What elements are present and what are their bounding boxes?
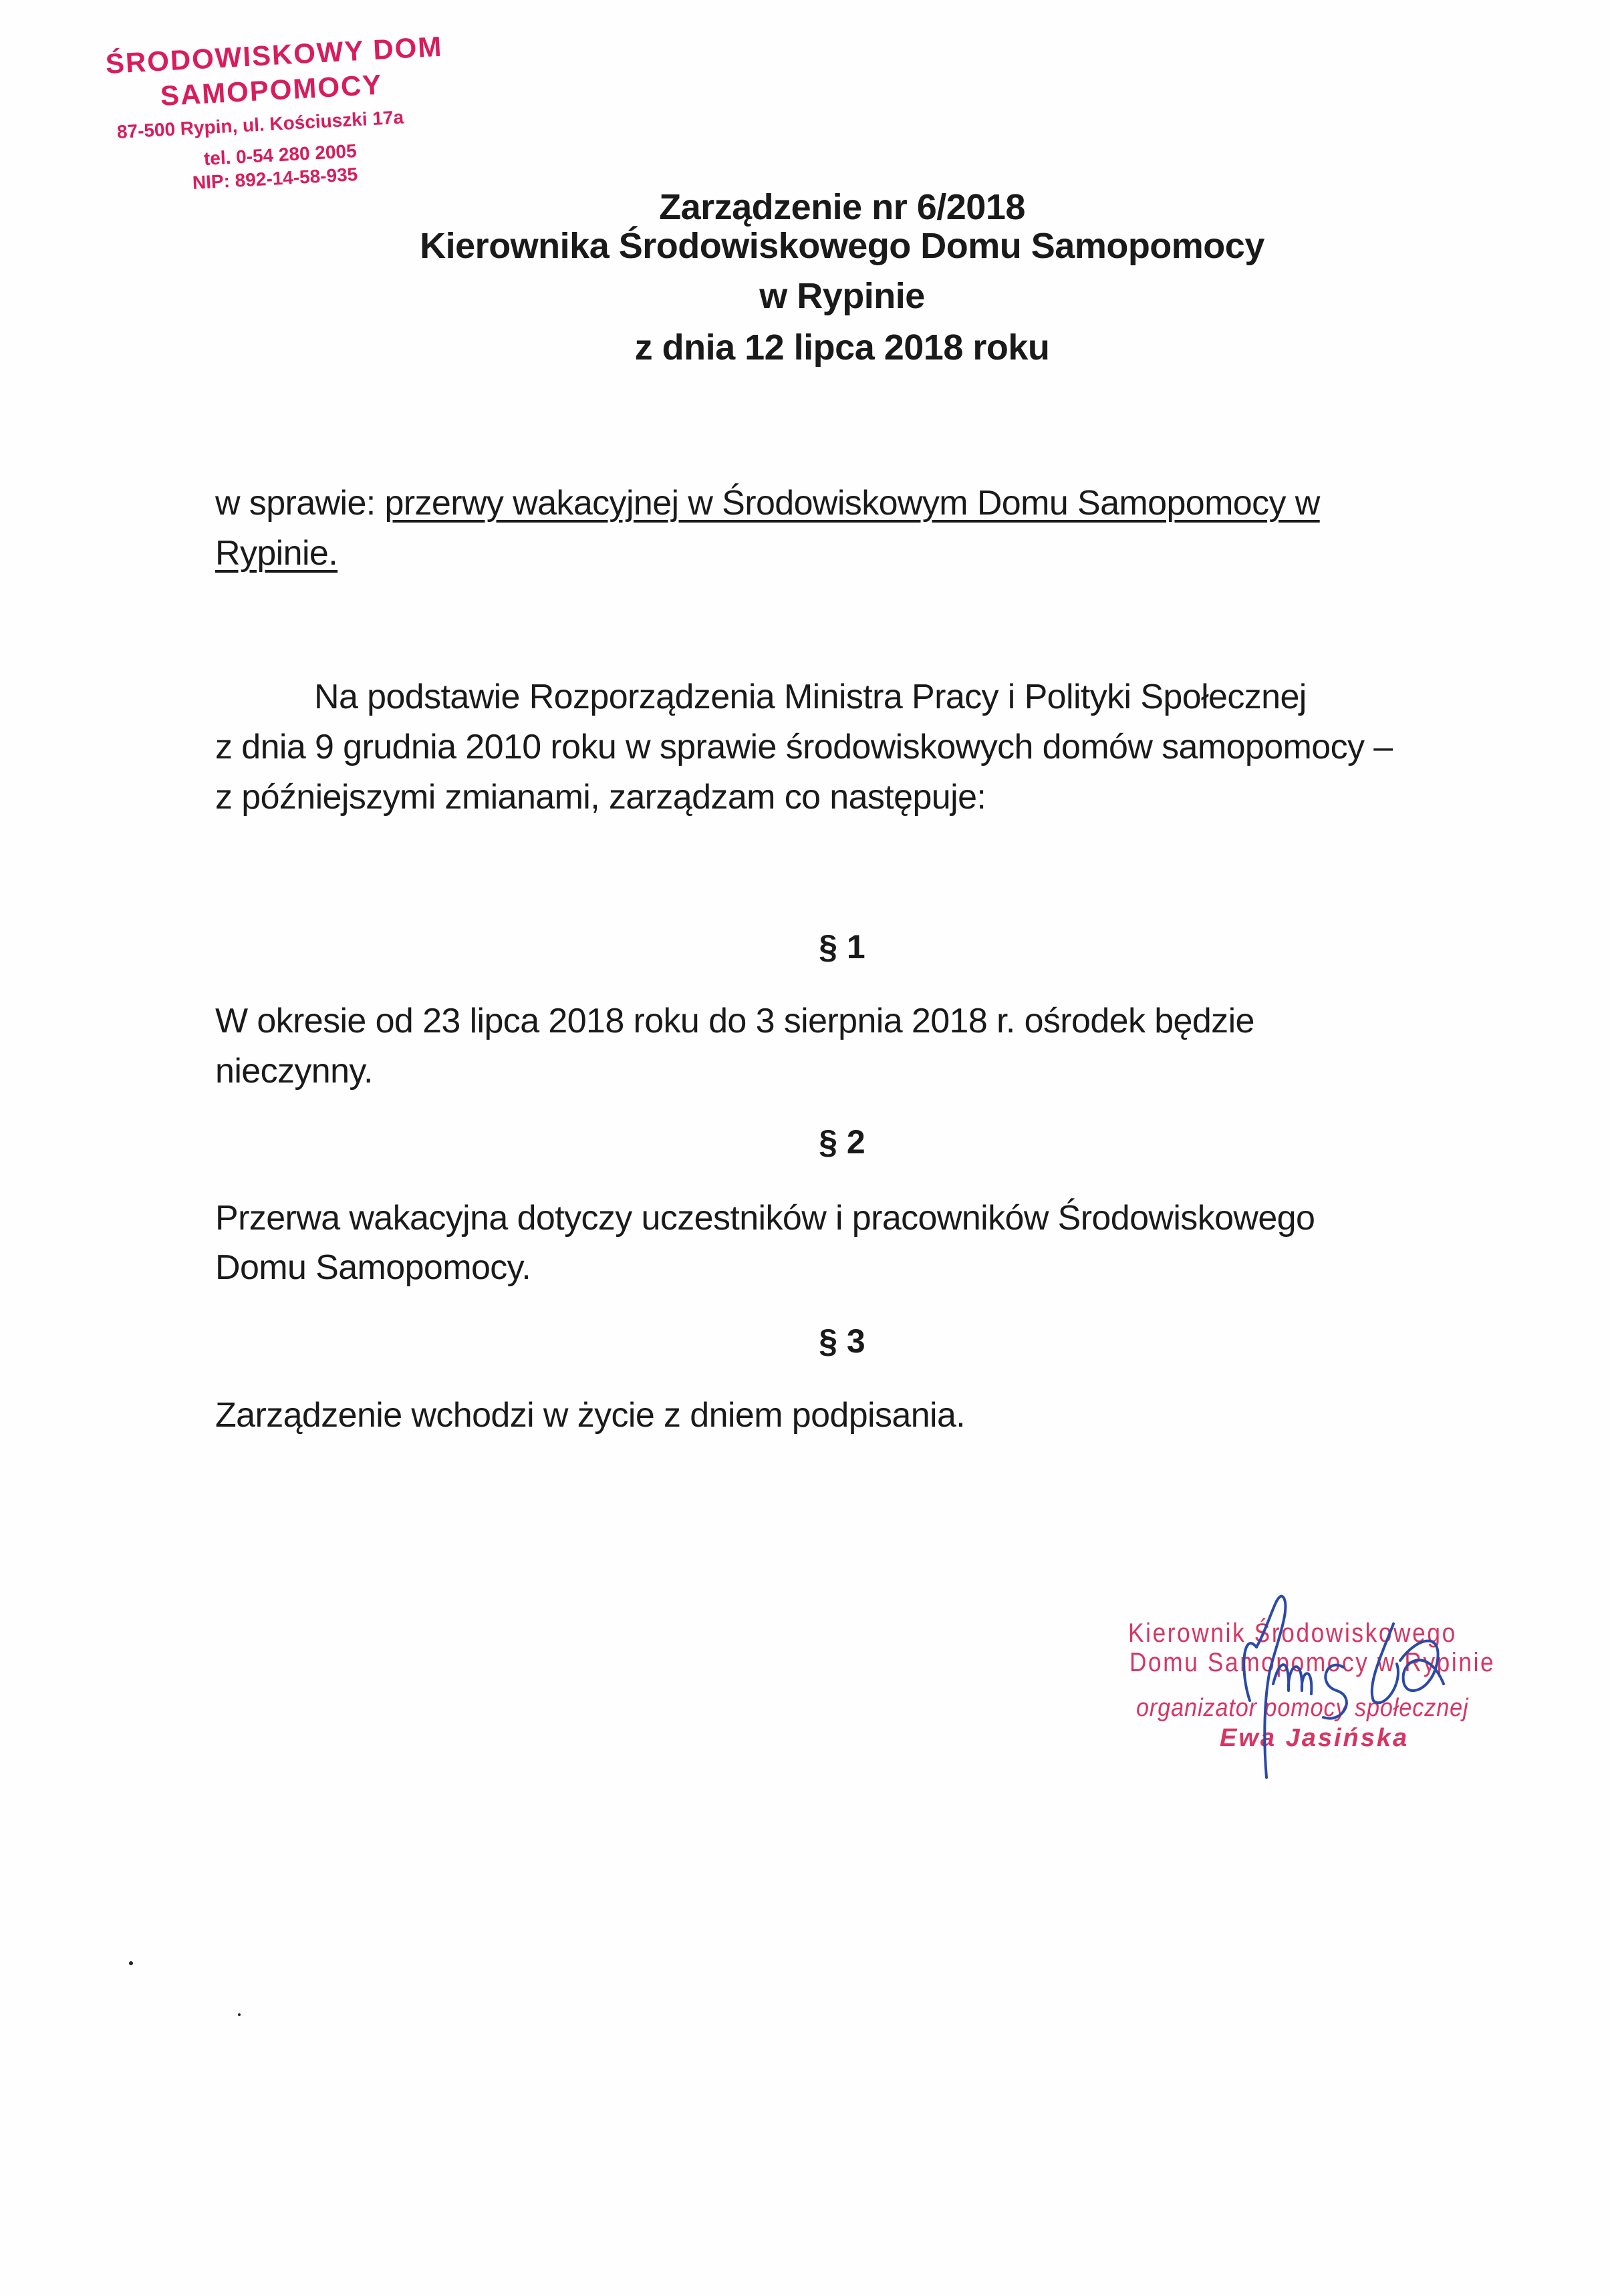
- stamp-address: 87-500 Rypin, ul. Kościuszki 17a: [116, 107, 404, 143]
- order-date: z dnia 12 lipca 2018 roku: [0, 329, 1610, 366]
- issuer-title: Kierownika Środowiskowego Domu Samopomoc…: [0, 228, 1610, 264]
- scan-speck: [238, 2013, 241, 2016]
- subject-text-cont: Rypinie.: [215, 534, 338, 573]
- subject-text: przerwy wakacyjnej w Środowiskowym Domu …: [384, 484, 1319, 523]
- section-text-line: Domu Samopomocy.: [215, 1250, 531, 1285]
- preamble-line-3: z późniejszymi zmianami, zarządzam co na…: [215, 780, 986, 815]
- section-text-line: Zarządzenie wchodzi w życie z dniem podp…: [215, 1398, 965, 1433]
- stamp-line-1: ŚRODOWISKOWY DOM: [105, 31, 444, 80]
- subject-line-1: w sprawie: przerwy wakacyjnej w Środowis…: [215, 486, 1320, 521]
- scan-speck: [129, 1961, 133, 1965]
- subject-line-2: Rypinie.: [215, 536, 338, 571]
- preamble-line-1: Na podstawie Rozporządzenia Ministra Pra…: [314, 680, 1307, 714]
- subject-prefix: w sprawie:: [215, 484, 384, 523]
- section-text-line: Przerwa wakacyjna dotyczy uczestników i …: [215, 1201, 1315, 1236]
- section-text-line: W okresie od 23 lipca 2018 roku do 3 sie…: [215, 1004, 1254, 1038]
- section-heading: § 1: [0, 930, 1610, 964]
- section-heading: § 3: [0, 1324, 1610, 1358]
- section-heading: § 2: [0, 1125, 1610, 1159]
- order-number: Zarządzenie nr 6/2018: [0, 189, 1610, 225]
- preamble-line-2: z dnia 9 grudnia 2010 roku w sprawie śro…: [215, 730, 1393, 764]
- issuer-location: w Rypinie: [0, 278, 1610, 314]
- handwritten-signature-icon: [1230, 1584, 1457, 1784]
- section-text-line: nieczynny.: [215, 1054, 373, 1089]
- document-page: ŚRODOWISKOWY DOM SAMOPOMOCY 87-500 Rypin…: [0, 0, 1610, 2296]
